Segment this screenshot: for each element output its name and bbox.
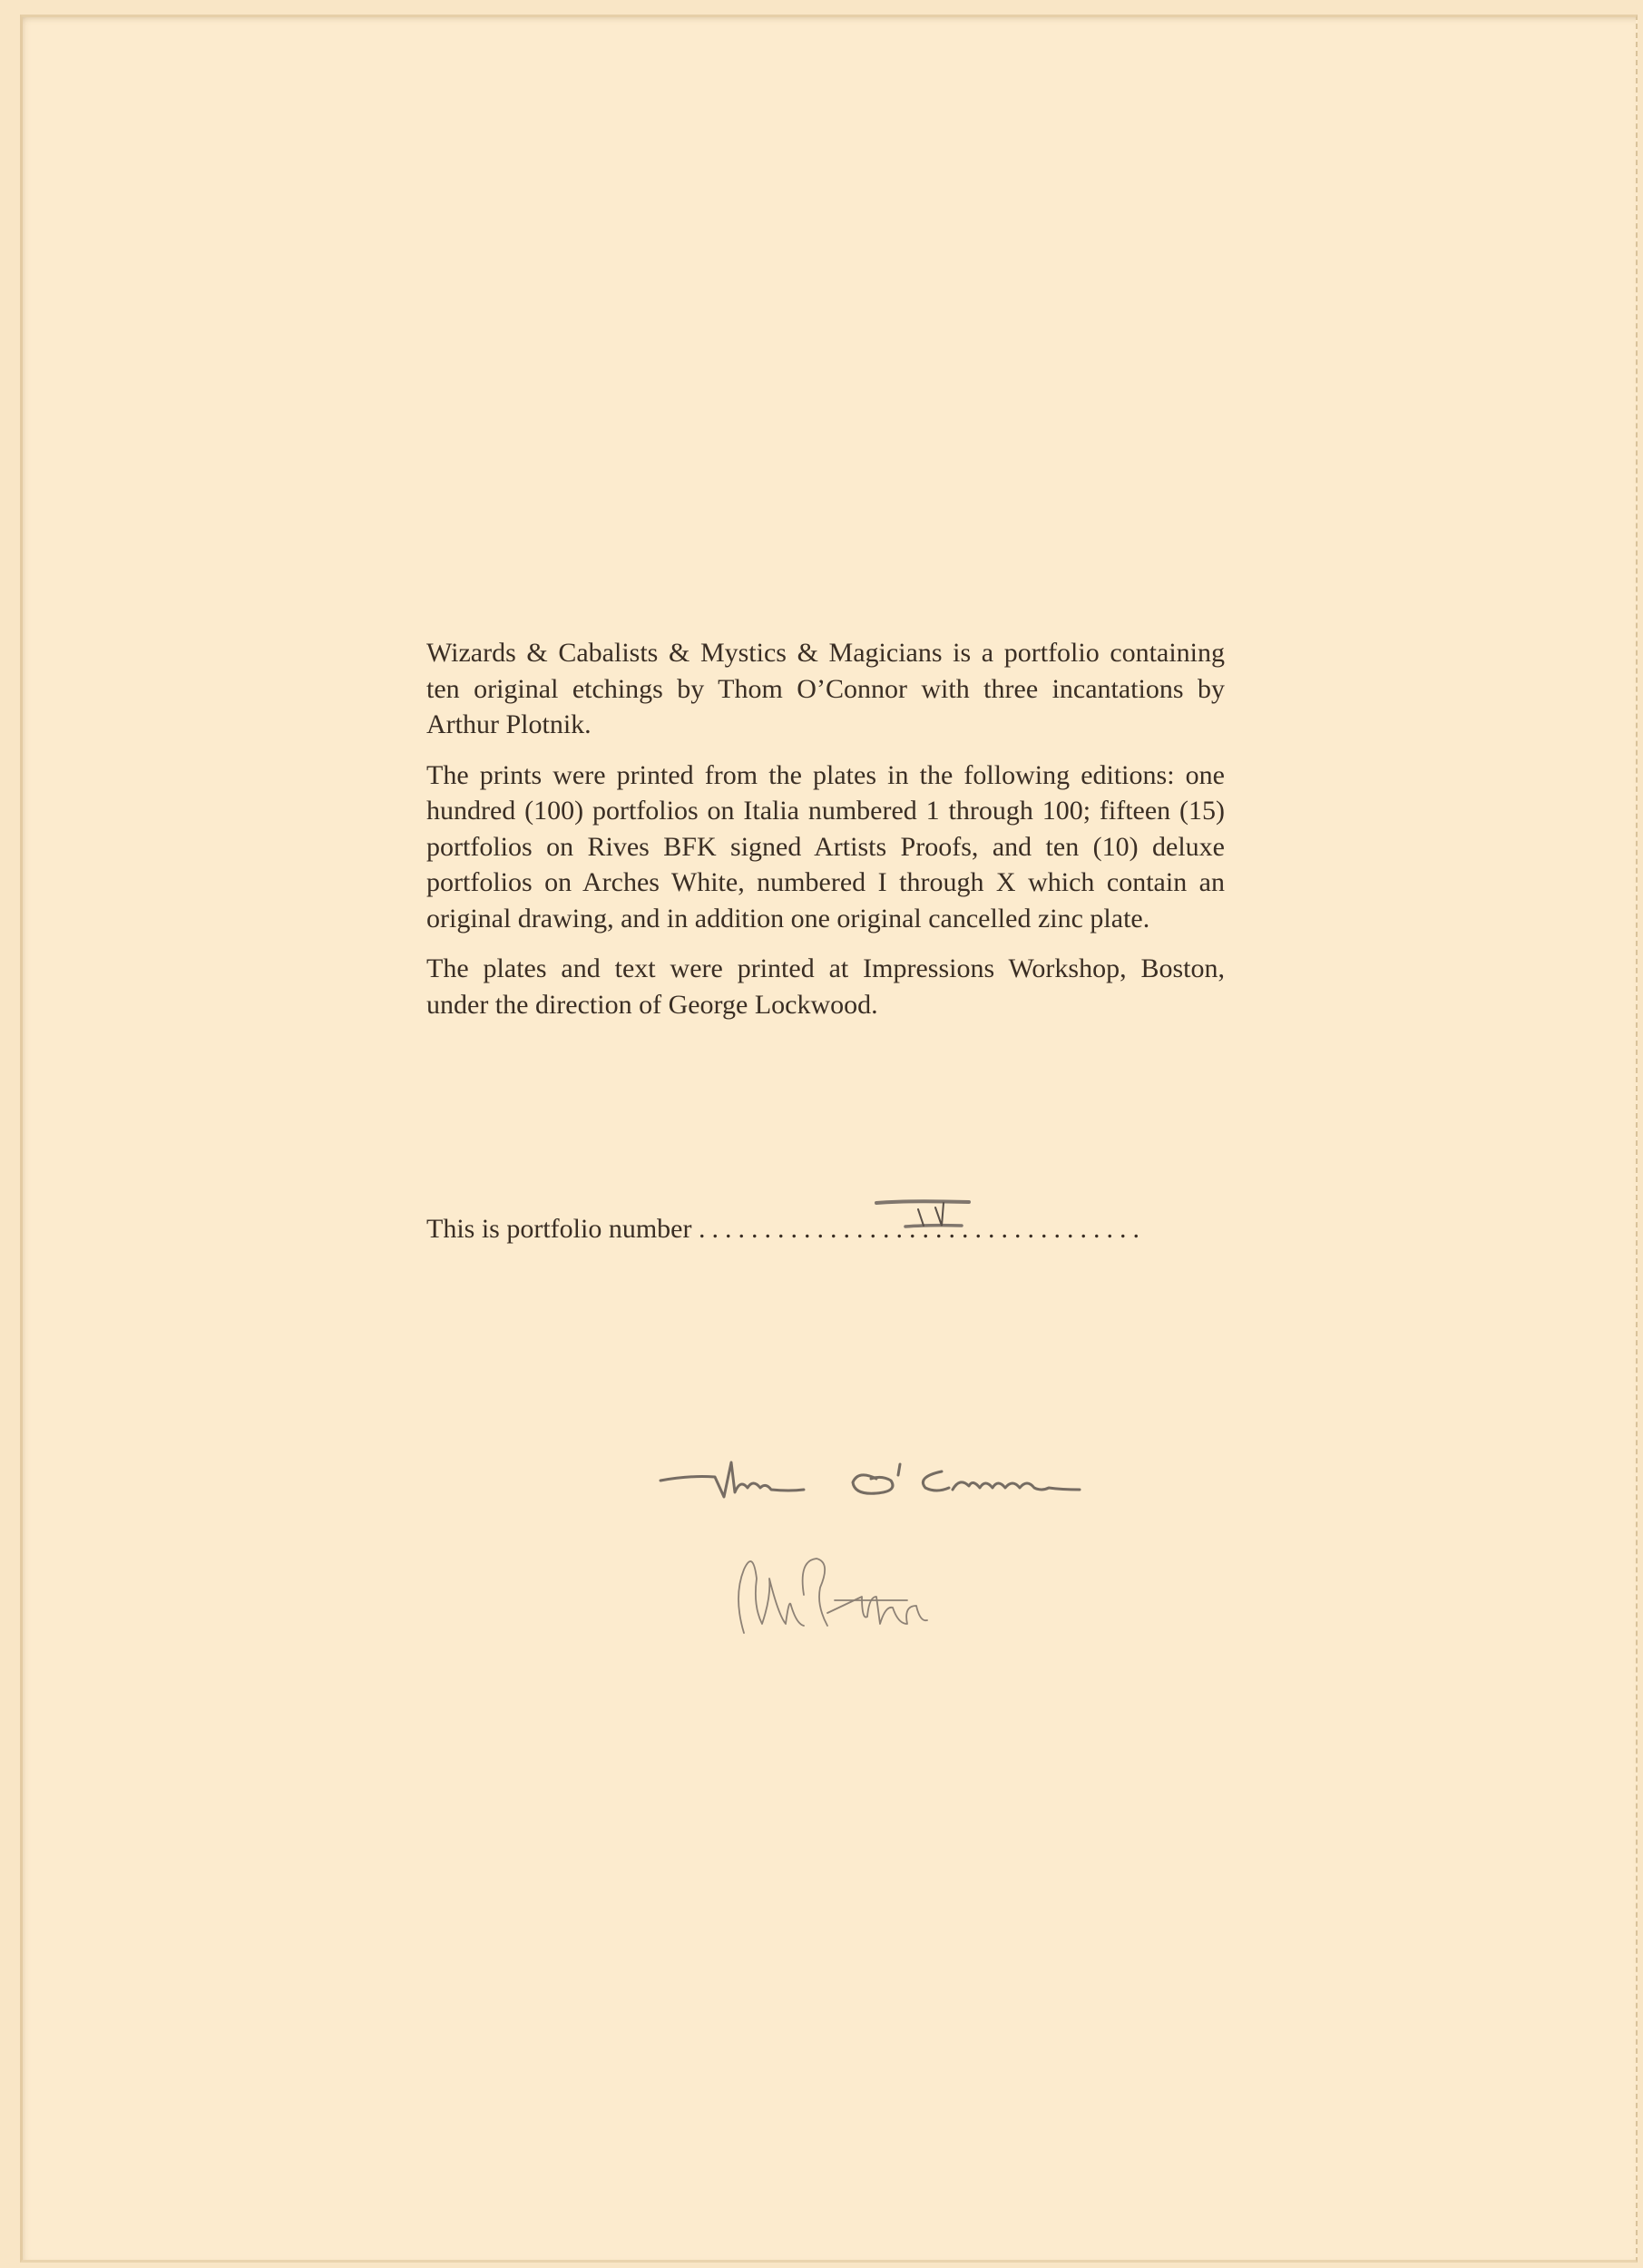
portfolio-number-label: This is portfolio number — [426, 1214, 691, 1244]
colophon-text: Wizards & Cabalists & Mystics & Magician… — [426, 635, 1225, 1037]
signature-arthur-plotnik: Arthur Plotnik — [726, 1542, 980, 1651]
handwritten-portfolio-number: IV — [873, 1196, 973, 1236]
signature-thom-oconnor: Thom O'Connor — [653, 1452, 1198, 1515]
portfolio-number-line: This is portfolio number ...............… — [426, 1211, 1225, 1247]
colophon-paragraph-printer: The plates and text were printed at Impr… — [426, 951, 1225, 1022]
paper-sheet — [20, 15, 1638, 2263]
colophon-paragraph-editions: The prints were printed from the plates … — [426, 758, 1225, 937]
colophon-paragraph-title: Wizards & Cabalists & Mystics & Magician… — [426, 635, 1225, 743]
